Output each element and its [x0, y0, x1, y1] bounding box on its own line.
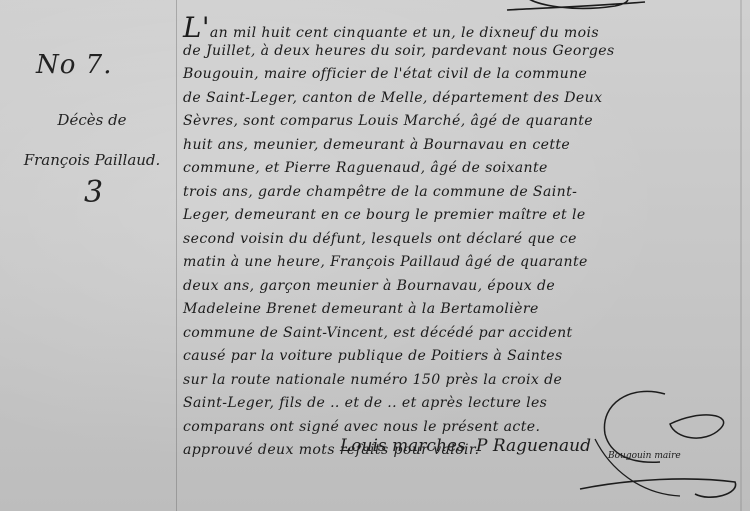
- act-number: No 7.: [36, 50, 112, 80]
- margin-title-line-1: Décès de: [8, 100, 176, 140]
- signature-flourish-icon: [570, 384, 750, 509]
- body-line: L'an mil huit cent cinquante et un, le d…: [183, 16, 738, 40]
- document-page: No 7. Décès de François Paillaud. 3 L'an…: [0, 0, 750, 511]
- body-line: causé par la voiture publique de Poitier…: [183, 345, 738, 369]
- body-line: Sèvres, sont comparus Louis Marché, âgé …: [183, 110, 738, 134]
- body-line: Leger, demeurant en ce bourg le premier …: [183, 204, 738, 228]
- body-line: de Saint-Leger, canton de Melle, départe…: [183, 87, 738, 111]
- margin-title-line-2: François Paillaud.: [8, 140, 176, 180]
- margin-mark: 3: [84, 175, 103, 210]
- margin-column: No 7. Décès de François Paillaud. 3: [0, 0, 176, 511]
- margin-title: Décès de François Paillaud.: [8, 100, 176, 180]
- body-line: matin à une heure, François Paillaud âgé…: [183, 251, 738, 275]
- body-line: de Juillet, à deux heures du soir, parde…: [183, 40, 738, 64]
- body-line: commune de Saint-Vincent, est décédé par…: [183, 322, 738, 346]
- body-line: commune, et Pierre Raguenaud, âgé de soi…: [183, 157, 738, 181]
- body-line: trois ans, garde champêtre de la commune…: [183, 181, 738, 205]
- body-line: deux ans, garçon meunier à Bournavau, ép…: [183, 275, 738, 299]
- body-line: huit ans, meunier, demeurant à Bournavau…: [183, 134, 738, 158]
- margin-rule: [176, 0, 177, 511]
- signature-witness-1: Louis marches: [340, 436, 466, 456]
- body-line: second voisin du défunt, lesquels ont dé…: [183, 228, 738, 252]
- body-line: Bougouin, maire officier de l'état civil…: [183, 63, 738, 87]
- body-line: Madeleine Brenet demeurant à la Bertamol…: [183, 298, 738, 322]
